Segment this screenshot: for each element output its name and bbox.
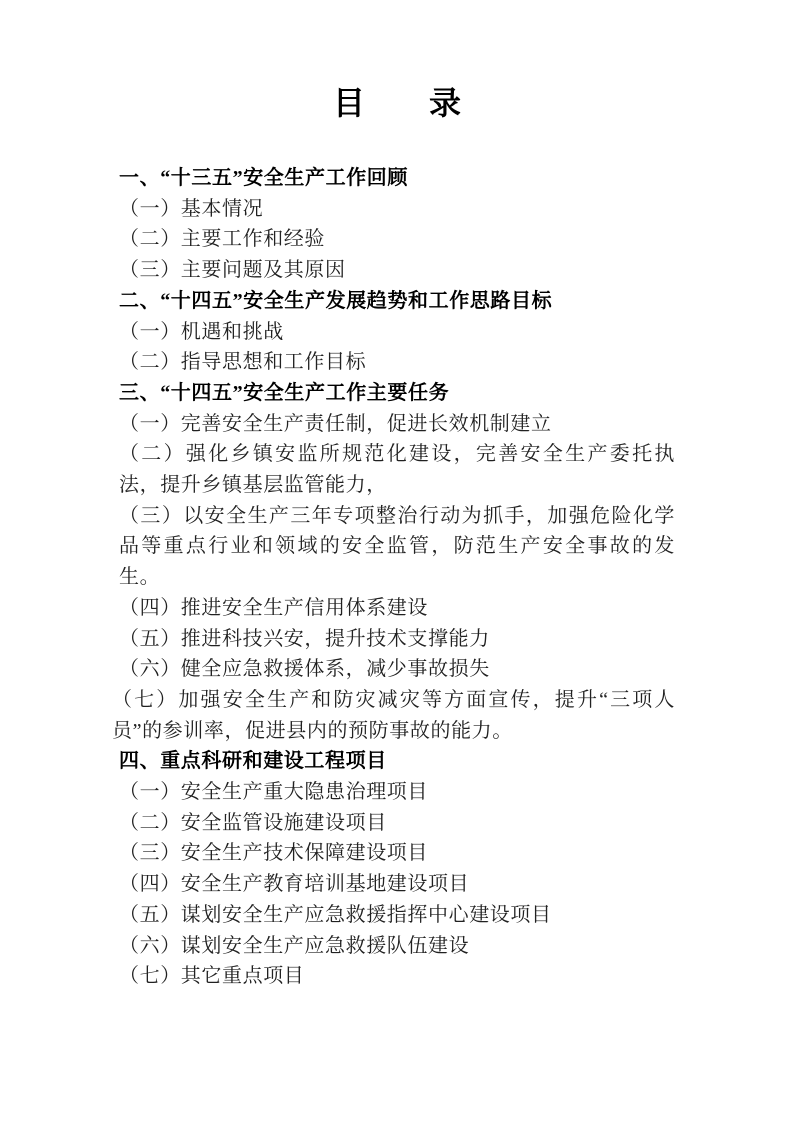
toc-item: （七）加强安全生产和防灾减灾等方面宣传，提升“三项人员”的参训率，促进县内的预防… bbox=[112, 685, 675, 746]
toc-item: （四）安全生产教育培训基地建设项目 bbox=[119, 869, 675, 900]
toc-item: （一）机遇和挑战 bbox=[119, 317, 675, 348]
toc-item: （二）指导思想和工作目标 bbox=[119, 347, 675, 378]
toc-item: （二）主要工作和经验 bbox=[119, 224, 675, 255]
toc-section-heading: 三、“十四五”安全生产工作主要任务 bbox=[119, 378, 675, 409]
toc-item: （一）完善安全生产责任制，促进长效机制建立 bbox=[119, 409, 675, 440]
toc-item: （一）安全生产重大隐患治理项目 bbox=[119, 777, 675, 808]
toc-item: （一）基本情况 bbox=[119, 194, 675, 225]
toc-item: （三）安全生产技术保障建设项目 bbox=[119, 838, 675, 869]
toc-item: （七）其它重点项目 bbox=[119, 961, 675, 992]
toc-item: （六）健全应急救援体系，减少事故损失 bbox=[119, 654, 675, 685]
toc-item: （五）推进科技兴安，提升技术支撑能力 bbox=[119, 624, 675, 655]
toc-item: （二）强化乡镇安监所规范化建设，完善安全生产委托执法，提升乡镇基层监管能力， bbox=[119, 439, 675, 500]
toc-item: （二）安全监管设施建设项目 bbox=[119, 808, 675, 839]
toc-item: （四）推进安全生产信用体系建设 bbox=[119, 593, 675, 624]
toc-item: （五）谋划安全生产应急救援指挥中心建设项目 bbox=[119, 900, 675, 931]
toc-section-heading: 二、“十四五”安全生产发展趋势和工作思路目标 bbox=[119, 286, 675, 317]
toc-item: （三）以安全生产三年专项整治行动为抓手，加强危险化学品等重点行业和领域的安全监管… bbox=[119, 501, 675, 593]
toc-list: 一、“十三五”安全生产工作回顾（一）基本情况（二）主要工作和经验（三）主要问题及… bbox=[119, 163, 675, 992]
page-title: 目 录 bbox=[119, 83, 675, 123]
toc-item: （三）主要问题及其原因 bbox=[119, 255, 675, 286]
document-page: 目 录 一、“十三五”安全生产工作回顾（一）基本情况（二）主要工作和经验（三）主… bbox=[0, 0, 793, 1122]
toc-section-heading: 一、“十三五”安全生产工作回顾 bbox=[119, 163, 675, 194]
toc-section-heading: 四、重点科研和建设工程项目 bbox=[119, 746, 675, 777]
toc-item: （六）谋划安全生产应急救援队伍建设 bbox=[119, 931, 675, 962]
